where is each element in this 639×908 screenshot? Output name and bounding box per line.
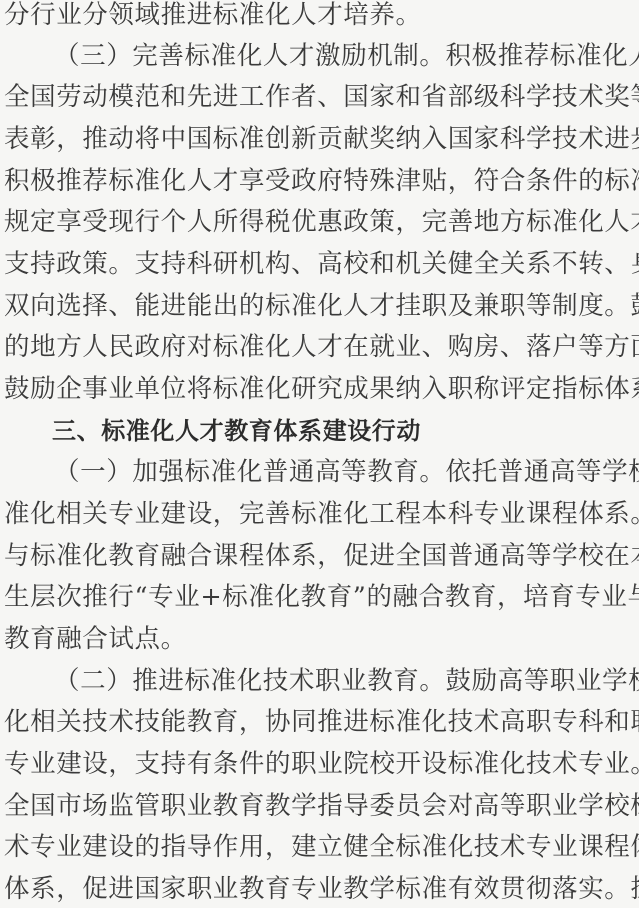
document-page: 分行业分领域推进标准化人才培养。 （三）完善标准化人才激励机制。积极推荐标准化人… <box>0 0 639 908</box>
text-line: 表彰，推动将中国标准创新贡献奖纳入国家科学技术进步奖表彰。 <box>4 124 635 154</box>
text-line: 教育融合试点。 <box>4 624 635 654</box>
text-line: 双向选择、能进能出的标准化人才挂职及兼职等制度。鼓励有条件 <box>4 291 635 321</box>
text-line: 规定享受现行个人所得税优惠政策，完善地方标准化人才引进配套 <box>4 207 635 237</box>
text-line: 准化相关专业建设，完善标准化工程本科专业课程体系。建立专业 <box>4 499 635 529</box>
text-line: 鼓励企事业单位将标准化研究成果纳入职称评定指标体系。 <box>4 374 635 404</box>
text-line: 全国劳动模范和先进工作者、国家和省部级科学技术奖等相关评选 <box>4 82 635 112</box>
paragraph-start: （一）加强标准化普通高等教育。依托普通高等学校，强化标 <box>4 457 635 487</box>
text-line: 全国市场监管职业教育教学指导委员会对高等职业学校标准化技 <box>4 791 635 821</box>
text-line: 支持政策。支持科研机构、高校和机关健全关系不转、身份不变、 <box>4 249 635 279</box>
text-line: 的地方人民政府对标准化人才在就业、购房、落户等方面给予倾斜。 <box>4 332 635 362</box>
text-line: 体系，促进国家职业教育专业教学标准有效贯彻落实。探索和实践 <box>4 874 635 904</box>
text-line: 积极推荐标准化人才享受政府特殊津贴，符合条件的标准化人才按 <box>4 166 635 196</box>
text-line: 术专业建设的指导作用，建立健全标准化技术专业课程体系和教材 <box>4 832 635 862</box>
text-line: 生层次推行“专业+标准化教育”的融合教育，培育专业与标准化 <box>4 582 635 612</box>
section-heading: 三、标准化人才教育体系建设行动 <box>4 416 635 446</box>
text-line: 与标准化教育融合课程体系，促进全国普通高等学校在本科和研究 <box>4 541 635 571</box>
paragraph-start: （三）完善标准化人才激励机制。积极推荐标准化人才参与 <box>4 41 635 71</box>
text-line: 分行业分领域推进标准化人才培养。 <box>4 0 635 30</box>
text-line: 化相关技术技能教育，协同推进标准化技术高职专科和职教本科的 <box>4 707 635 737</box>
paragraph-start: （二）推进标准化技术职业教育。鼓励高等职业学校开展标准 <box>4 666 635 696</box>
text-line: 专业建设，支持有条件的职业院校开设标准化技术专业。充分发挥 <box>4 749 635 779</box>
